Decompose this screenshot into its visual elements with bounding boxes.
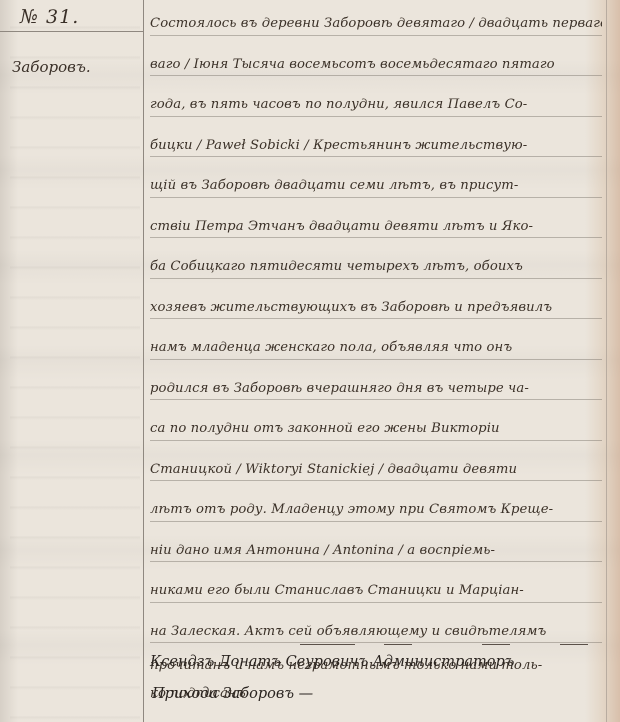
parish-signature: Прихода Заборовъ — [152, 686, 313, 702]
filler-dash [384, 644, 412, 645]
entry-number: № 31. [20, 6, 79, 28]
record-line: на Залеская. Актъ сей объявляющему и сви… [150, 612, 602, 653]
record-line: ба Собицкаго пятидесяти четырехъ лѣтъ, о… [150, 247, 602, 288]
record-line: Состоялось въ деревни Заборовѣ девятаго … [150, 4, 602, 45]
margin-rule-line [143, 0, 144, 722]
priest-signature: Ксендзъ Донатъ Сеуровичъ Администраторъ [150, 654, 514, 670]
record-line: родился въ Заборовѣ вчерашняго дня въ че… [150, 369, 602, 410]
record-line: ваго / Іюня Тысяча восемьсотъ восемьдеся… [150, 45, 602, 86]
record-line: лѣтъ отъ роду. Младенцу этому при Святом… [150, 490, 602, 531]
record-line: хозяевъ жительствующихъ въ Заборовѣ и пр… [150, 288, 602, 329]
record-body: Состоялось въ деревни Заборовѣ девятаго … [150, 4, 602, 708]
register-page: № 31. Заборовъ. Состоялось въ деревни За… [0, 0, 620, 722]
filler-dash [300, 644, 355, 645]
record-line: никами его были Станиславъ Станицки и Ма… [150, 571, 602, 612]
entry-place-name: Заборовъ. [12, 58, 91, 76]
record-line: щій въ Заборовѣ двадцати семи лѣтъ, въ п… [150, 166, 602, 207]
record-line: ствіи Петра Этчанъ двадцати девяти лѣтъ … [150, 207, 602, 248]
record-line: года, въ пять часовъ по полудни, явился … [150, 85, 602, 126]
filler-dash [560, 644, 588, 645]
record-line: Станицкой / Wiktoryi Stanickiej / двадца… [150, 450, 602, 491]
record-line: са по полудни отъ законной его жены Викт… [150, 409, 602, 450]
right-edge-rule-line [606, 0, 607, 722]
record-line: бицки / Paweł Sobicki / Крестьянинъ жите… [150, 126, 602, 167]
record-line: ніи дано имя Антонина / Antonina / а вос… [150, 531, 602, 572]
margin-top-rule-line [0, 31, 143, 32]
filler-dash [482, 644, 510, 645]
record-line: намъ младенца женскаго пола, объявляя чт… [150, 328, 602, 369]
bleed-through-texture [10, 0, 140, 722]
